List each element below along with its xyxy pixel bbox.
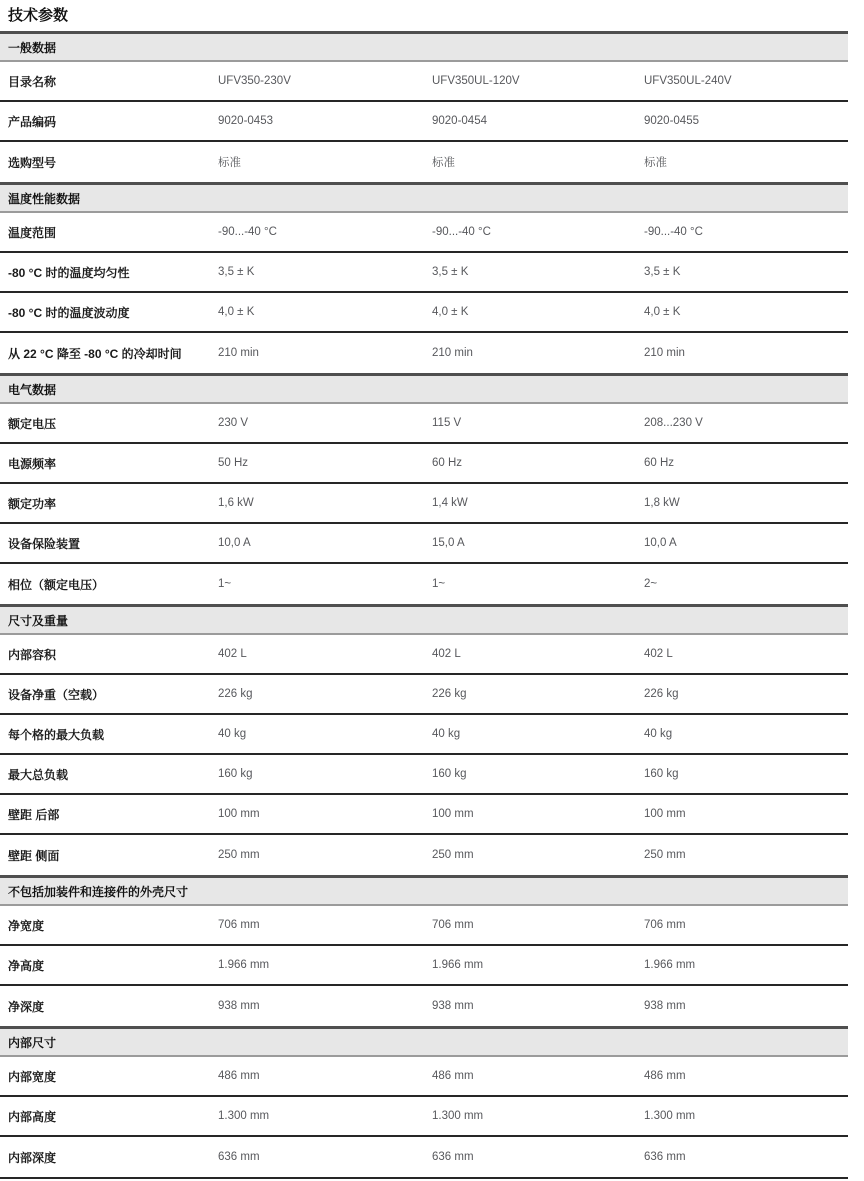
spec-value: 40 kg bbox=[644, 728, 848, 740]
spec-value: 706 mm bbox=[218, 919, 432, 931]
section-title: 电气数据 bbox=[8, 381, 56, 398]
spec-label: 内部宽度 bbox=[8, 1068, 218, 1085]
spec-label: -80 °C 时的温度均匀性 bbox=[8, 264, 218, 281]
spec-value: 60 Hz bbox=[432, 457, 644, 469]
spec-value: UFV350UL-120V bbox=[432, 75, 644, 87]
table-row: 内部高度 1.300 mm 1.300 mm 1.300 mm bbox=[0, 1097, 848, 1137]
spec-value: 1,8 kW bbox=[644, 497, 848, 509]
table-row: 产品编码 9020-0453 9020-0454 9020-0455 bbox=[0, 102, 848, 142]
page-title: 技术参数 bbox=[0, 0, 864, 31]
spec-value: 50 Hz bbox=[218, 457, 432, 469]
table-row: 每个格的最大负载 40 kg 40 kg 40 kg bbox=[0, 715, 848, 755]
spec-value: 226 kg bbox=[644, 688, 848, 700]
spec-value: 9020-0453 bbox=[218, 115, 432, 127]
spec-value: 标准 bbox=[644, 154, 848, 170]
spec-value: 210 min bbox=[432, 347, 644, 359]
spec-value: 706 mm bbox=[644, 919, 848, 931]
spec-value: 230 V bbox=[218, 417, 432, 429]
datasheet-page: 技术参数 一般数据 目录名称 UFV350-230V UFV350UL-120V… bbox=[0, 0, 864, 1179]
section-title: 内部尺寸 bbox=[8, 1034, 56, 1051]
spec-value: 250 mm bbox=[218, 849, 432, 861]
table-row: 净宽度 706 mm 706 mm 706 mm bbox=[0, 906, 848, 946]
spec-value: 标准 bbox=[432, 154, 644, 170]
section-header: 温度性能数据 bbox=[0, 182, 848, 213]
spec-label: 净高度 bbox=[8, 957, 218, 974]
spec-value: 486 mm bbox=[218, 1070, 432, 1082]
table-row: 额定电压 230 V 115 V 208...230 V bbox=[0, 404, 848, 444]
spec-label: 设备保险装置 bbox=[8, 535, 218, 552]
spec-value: 2~ bbox=[644, 578, 848, 590]
spec-label: 额定电压 bbox=[8, 415, 218, 432]
table-row: 设备净重（空载） 226 kg 226 kg 226 kg bbox=[0, 675, 848, 715]
spec-label: 相位（额定电压） bbox=[8, 576, 218, 593]
spec-label: 从 22 °C 降至 -80 °C 的冷却时间 bbox=[8, 345, 218, 362]
spec-value: 1.300 mm bbox=[432, 1110, 644, 1122]
spec-value: 4,0 ± K bbox=[432, 306, 644, 318]
spec-value: 40 kg bbox=[218, 728, 432, 740]
spec-label: 内部深度 bbox=[8, 1149, 218, 1166]
spec-label: 内部高度 bbox=[8, 1108, 218, 1125]
table-row: 最大总负载 160 kg 160 kg 160 kg bbox=[0, 755, 848, 795]
table-row: 内部容积 402 L 402 L 402 L bbox=[0, 635, 848, 675]
table-row: 选购型号 标准 标准 标准 bbox=[0, 142, 848, 182]
table-row: 设备保险装置 10,0 A 15,0 A 10,0 A bbox=[0, 524, 848, 564]
spec-value: 1.966 mm bbox=[432, 959, 644, 971]
spec-value: 486 mm bbox=[644, 1070, 848, 1082]
section-title: 尺寸及重量 bbox=[8, 612, 68, 629]
spec-value: 60 Hz bbox=[644, 457, 848, 469]
spec-label: 壁距 后部 bbox=[8, 806, 218, 823]
spec-value: 160 kg bbox=[218, 768, 432, 780]
section-title: 温度性能数据 bbox=[8, 190, 80, 207]
spec-value: 1.300 mm bbox=[644, 1110, 848, 1122]
spec-value: 10,0 A bbox=[644, 537, 848, 549]
spec-label: 产品编码 bbox=[8, 113, 218, 130]
spec-value: -90...-40 °C bbox=[432, 226, 644, 238]
spec-value: 标准 bbox=[218, 154, 432, 170]
spec-value: -90...-40 °C bbox=[644, 226, 848, 238]
spec-value: 1,6 kW bbox=[218, 497, 432, 509]
spec-value: 210 min bbox=[644, 347, 848, 359]
spec-value: 402 L bbox=[218, 648, 432, 660]
spec-value: 210 min bbox=[218, 347, 432, 359]
spec-value: 160 kg bbox=[432, 768, 644, 780]
table-section-housing-dimensions: 不包括加装件和连接件的外壳尺寸 净宽度 706 mm 706 mm 706 mm… bbox=[0, 875, 848, 1026]
spec-value: 1.966 mm bbox=[644, 959, 848, 971]
table-section-internal-dimensions: 内部尺寸 内部宽度 486 mm 486 mm 486 mm 内部高度 1.30… bbox=[0, 1026, 848, 1177]
spec-value: 4,0 ± K bbox=[218, 306, 432, 318]
spec-value: 250 mm bbox=[432, 849, 644, 861]
spec-value: 1~ bbox=[432, 578, 644, 590]
section-title: 不包括加装件和连接件的外壳尺寸 bbox=[8, 883, 188, 900]
spec-value: 15,0 A bbox=[432, 537, 644, 549]
spec-value: 3,5 ± K bbox=[432, 266, 644, 278]
table-row: 从 22 °C 降至 -80 °C 的冷却时间 210 min 210 min … bbox=[0, 333, 848, 373]
table-section-general-data: 一般数据 目录名称 UFV350-230V UFV350UL-120V UFV3… bbox=[0, 31, 848, 182]
spec-value: 938 mm bbox=[218, 1000, 432, 1012]
spec-value: 636 mm bbox=[644, 1151, 848, 1163]
section-header: 电气数据 bbox=[0, 373, 848, 404]
spec-value: 1.300 mm bbox=[218, 1110, 432, 1122]
spec-value: 1~ bbox=[218, 578, 432, 590]
section-header: 尺寸及重量 bbox=[0, 604, 848, 635]
table-row: -80 °C 时的温度波动度 4,0 ± K 4,0 ± K 4,0 ± K bbox=[0, 293, 848, 333]
spec-value: UFV350-230V bbox=[218, 75, 432, 87]
table-section-temperature-data: 温度性能数据 温度范围 -90...-40 °C -90...-40 °C -9… bbox=[0, 182, 848, 373]
spec-label: 目录名称 bbox=[8, 73, 218, 90]
spec-value: 938 mm bbox=[644, 1000, 848, 1012]
spec-value: 9020-0455 bbox=[644, 115, 848, 127]
spec-value: 402 L bbox=[644, 648, 848, 660]
spec-value: 3,5 ± K bbox=[644, 266, 848, 278]
table-row: 内部深度 636 mm 636 mm 636 mm bbox=[0, 1137, 848, 1177]
section-header: 一般数据 bbox=[0, 31, 848, 62]
spec-value: 1,4 kW bbox=[432, 497, 644, 509]
spec-value: 115 V bbox=[432, 417, 644, 429]
spec-label: -80 °C 时的温度波动度 bbox=[8, 304, 218, 321]
spec-label: 温度范围 bbox=[8, 224, 218, 241]
table-row: 温度范围 -90...-40 °C -90...-40 °C -90...-40… bbox=[0, 213, 848, 253]
table-row: 电源频率 50 Hz 60 Hz 60 Hz bbox=[0, 444, 848, 484]
spec-value: 226 kg bbox=[432, 688, 644, 700]
table-row: 壁距 后部 100 mm 100 mm 100 mm bbox=[0, 795, 848, 835]
spec-value: -90...-40 °C bbox=[218, 226, 432, 238]
spec-label: 选购型号 bbox=[8, 154, 218, 171]
section-header: 不包括加装件和连接件的外壳尺寸 bbox=[0, 875, 848, 906]
section-title: 一般数据 bbox=[8, 39, 56, 56]
spec-value: 938 mm bbox=[432, 1000, 644, 1012]
spec-value: 226 kg bbox=[218, 688, 432, 700]
spec-label: 内部容积 bbox=[8, 646, 218, 663]
spec-label: 净深度 bbox=[8, 998, 218, 1015]
table-row: 净高度 1.966 mm 1.966 mm 1.966 mm bbox=[0, 946, 848, 986]
spec-value: 10,0 A bbox=[218, 537, 432, 549]
table-row: -80 °C 时的温度均匀性 3,5 ± K 3,5 ± K 3,5 ± K bbox=[0, 253, 848, 293]
spec-value: 9020-0454 bbox=[432, 115, 644, 127]
spec-value: 636 mm bbox=[218, 1151, 432, 1163]
spec-label: 最大总负载 bbox=[8, 766, 218, 783]
spec-value: 250 mm bbox=[644, 849, 848, 861]
table-row: 目录名称 UFV350-230V UFV350UL-120V UFV350UL-… bbox=[0, 62, 848, 102]
spec-value: 486 mm bbox=[432, 1070, 644, 1082]
table-row: 净深度 938 mm 938 mm 938 mm bbox=[0, 986, 848, 1026]
spec-value: 100 mm bbox=[432, 808, 644, 820]
spec-label: 净宽度 bbox=[8, 917, 218, 934]
spec-label: 电源频率 bbox=[8, 455, 218, 472]
spec-value: 3,5 ± K bbox=[218, 266, 432, 278]
spec-label: 每个格的最大负载 bbox=[8, 726, 218, 743]
spec-label: 壁距 侧面 bbox=[8, 847, 218, 864]
spec-value: 40 kg bbox=[432, 728, 644, 740]
spec-label: 额定功率 bbox=[8, 495, 218, 512]
table-row: 壁距 侧面 250 mm 250 mm 250 mm bbox=[0, 835, 848, 875]
spec-value: 160 kg bbox=[644, 768, 848, 780]
spec-value: 706 mm bbox=[432, 919, 644, 931]
table-row: 相位（额定电压） 1~ 1~ 2~ bbox=[0, 564, 848, 604]
spec-value: UFV350UL-240V bbox=[644, 75, 848, 87]
table-row: 额定功率 1,6 kW 1,4 kW 1,8 kW bbox=[0, 484, 848, 524]
spec-value: 100 mm bbox=[218, 808, 432, 820]
tech-specs-table: 一般数据 目录名称 UFV350-230V UFV350UL-120V UFV3… bbox=[0, 31, 848, 1179]
spec-value: 4,0 ± K bbox=[644, 306, 848, 318]
table-section-dimensions-weight: 尺寸及重量 内部容积 402 L 402 L 402 L 设备净重（空载） 22… bbox=[0, 604, 848, 875]
spec-value: 100 mm bbox=[644, 808, 848, 820]
spec-label: 设备净重（空载） bbox=[8, 686, 218, 703]
section-header: 内部尺寸 bbox=[0, 1026, 848, 1057]
spec-value: 636 mm bbox=[432, 1151, 644, 1163]
table-section-electrical-data: 电气数据 额定电压 230 V 115 V 208...230 V 电源频率 5… bbox=[0, 373, 848, 604]
table-row: 内部宽度 486 mm 486 mm 486 mm bbox=[0, 1057, 848, 1097]
spec-value: 1.966 mm bbox=[218, 959, 432, 971]
spec-value: 402 L bbox=[432, 648, 644, 660]
spec-value: 208...230 V bbox=[644, 417, 848, 429]
